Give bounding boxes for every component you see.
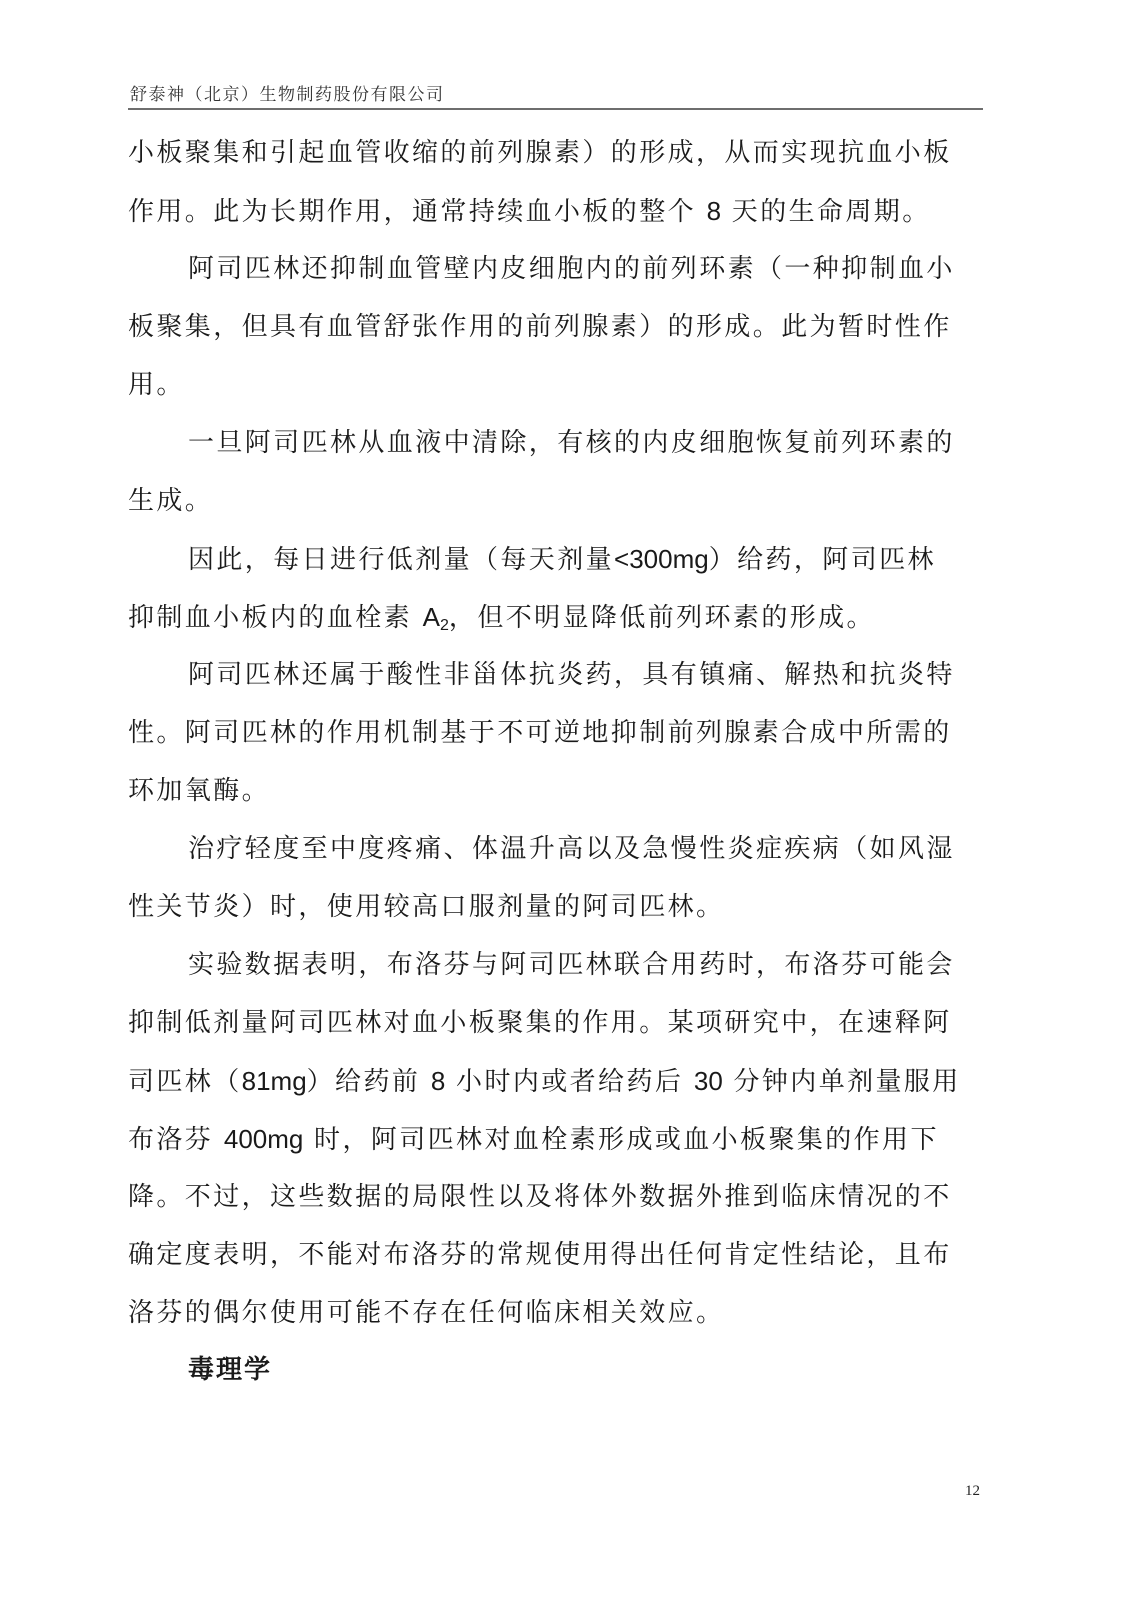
text-fragment: 因此，每日进行低剂量（每天剂量	[188, 545, 614, 575]
text-fragment: ）给药前	[307, 1067, 431, 1097]
paragraph-3: 一旦阿司匹林从血液中清除，有核的内皮细胞恢复前列环素的 生成。	[128, 414, 984, 530]
text-line: 阿司匹林还属于酸性非甾体抗炎药，具有镇痛、解热和抗炎特	[128, 646, 984, 704]
text-line: 阿司匹林还抑制血管壁内皮细胞内的前列环素（一种抑制血小	[128, 240, 984, 298]
text-fragment: 作用。此为长期作用，通常持续血小板的整个	[128, 197, 707, 227]
text-line: 一旦阿司匹林从血液中清除，有核的内皮细胞恢复前列环素的	[128, 414, 984, 472]
text-line: 治疗轻度至中度疼痛、体温升高以及急慢性炎症疾病（如风湿	[128, 820, 984, 878]
text-line: 板聚集，但具有血管舒张作用的前列腺素）的形成。此为暂时性作	[128, 298, 984, 356]
text-line: 用。	[128, 356, 984, 414]
dose-fragment: 81mg	[242, 1066, 307, 1096]
text-line: 小板聚集和引起血管收缩的前列腺素）的形成，从而实现抗血小板	[128, 124, 984, 182]
text-fragment: 时，阿司匹林对血栓素形成或血小板聚集的作用下	[303, 1125, 938, 1155]
text-fragment: ，但不明显降低前列环素的形成。	[449, 603, 875, 633]
number-fragment: 8	[431, 1066, 445, 1096]
text-line: 布洛芬 400mg 时，阿司匹林对血栓素形成或血小板聚集的作用下	[128, 1110, 984, 1168]
text-line: 抑制血小板内的血栓素 A2，但不明显降低前列环素的形成。	[128, 588, 984, 646]
paragraph-4: 因此，每日进行低剂量（每天剂量<300mg）给药，阿司匹林 抑制血小板内的血栓素…	[128, 530, 984, 646]
section-heading-toxicology: 毒理学	[188, 1345, 272, 1395]
text-line: 性。阿司匹林的作用机制基于不可逆地抑制前列腺素合成中所需的	[128, 704, 984, 762]
text-fragment: 天的生命周期。	[721, 197, 930, 227]
paragraph-5: 阿司匹林还属于酸性非甾体抗炎药，具有镇痛、解热和抗炎特 性。阿司匹林的作用机制基…	[128, 646, 984, 820]
number-fragment: 30	[694, 1066, 723, 1096]
text-fragment: 分钟内单剂量服用	[723, 1067, 961, 1097]
text-fragment: 司匹林（	[128, 1067, 242, 1097]
subscript: 2	[440, 617, 449, 634]
thromboxane-symbol: A	[423, 602, 440, 632]
text-line: 抑制低剂量阿司匹林对血小板聚集的作用。某项研究中，在速释阿	[128, 994, 984, 1052]
text-line: 实验数据表明，布洛芬与阿司匹林联合用药时，布洛芬可能会	[128, 936, 984, 994]
dose-fragment: <300mg	[614, 544, 709, 574]
document-body: 小板聚集和引起血管收缩的前列腺素）的形成，从而实现抗血小板 作用。此为长期作用，…	[128, 124, 984, 1342]
company-name: 舒泰神（北京）生物制药股份有限公司	[130, 80, 445, 105]
page-header: 舒泰神（北京）生物制药股份有限公司	[128, 78, 983, 110]
paragraph-2: 阿司匹林还抑制血管壁内皮细胞内的前列环素（一种抑制血小 板聚集，但具有血管舒张作…	[128, 240, 984, 414]
text-line: 作用。此为长期作用，通常持续血小板的整个 8 天的生命周期。	[128, 182, 984, 240]
text-line: 司匹林（81mg）给药前 8 小时内或者给药后 30 分钟内单剂量服用	[128, 1052, 984, 1110]
document-page: 舒泰神（北京）生物制药股份有限公司 小板聚集和引起血管收缩的前列腺素）的形成，从…	[0, 0, 1131, 1600]
number-fragment: 8	[707, 196, 721, 226]
dose-fragment: 400mg	[224, 1124, 304, 1154]
text-line: 洛芬的偶尔使用可能不存在任何临床相关效应。	[128, 1284, 984, 1342]
paragraph-6: 治疗轻度至中度疼痛、体温升高以及急慢性炎症疾病（如风湿 性关节炎）时，使用较高口…	[128, 820, 984, 936]
text-line: 降。不过，这些数据的局限性以及将体外数据外推到临床情况的不	[128, 1168, 984, 1226]
text-line: 生成。	[128, 472, 984, 530]
text-fragment: 抑制血小板内的血栓素	[128, 603, 423, 633]
text-line: 性关节炎）时，使用较高口服剂量的阿司匹林。	[128, 878, 984, 936]
page-number: 12	[965, 1483, 980, 1500]
text-line: 因此，每日进行低剂量（每天剂量<300mg）给药，阿司匹林	[128, 530, 984, 588]
text-fragment: ）给药，阿司匹林	[709, 545, 936, 575]
text-line: 环加氧酶。	[128, 762, 984, 820]
paragraph-7: 实验数据表明，布洛芬与阿司匹林联合用药时，布洛芬可能会 抑制低剂量阿司匹林对血小…	[128, 936, 984, 1342]
paragraph-1: 小板聚集和引起血管收缩的前列腺素）的形成，从而实现抗血小板 作用。此为长期作用，…	[128, 124, 984, 240]
text-fragment: 布洛芬	[128, 1125, 224, 1155]
text-line: 确定度表明，不能对布洛芬的常规使用得出任何肯定性结论，且布	[128, 1226, 984, 1284]
text-fragment: 小时内或者给药后	[445, 1067, 694, 1097]
